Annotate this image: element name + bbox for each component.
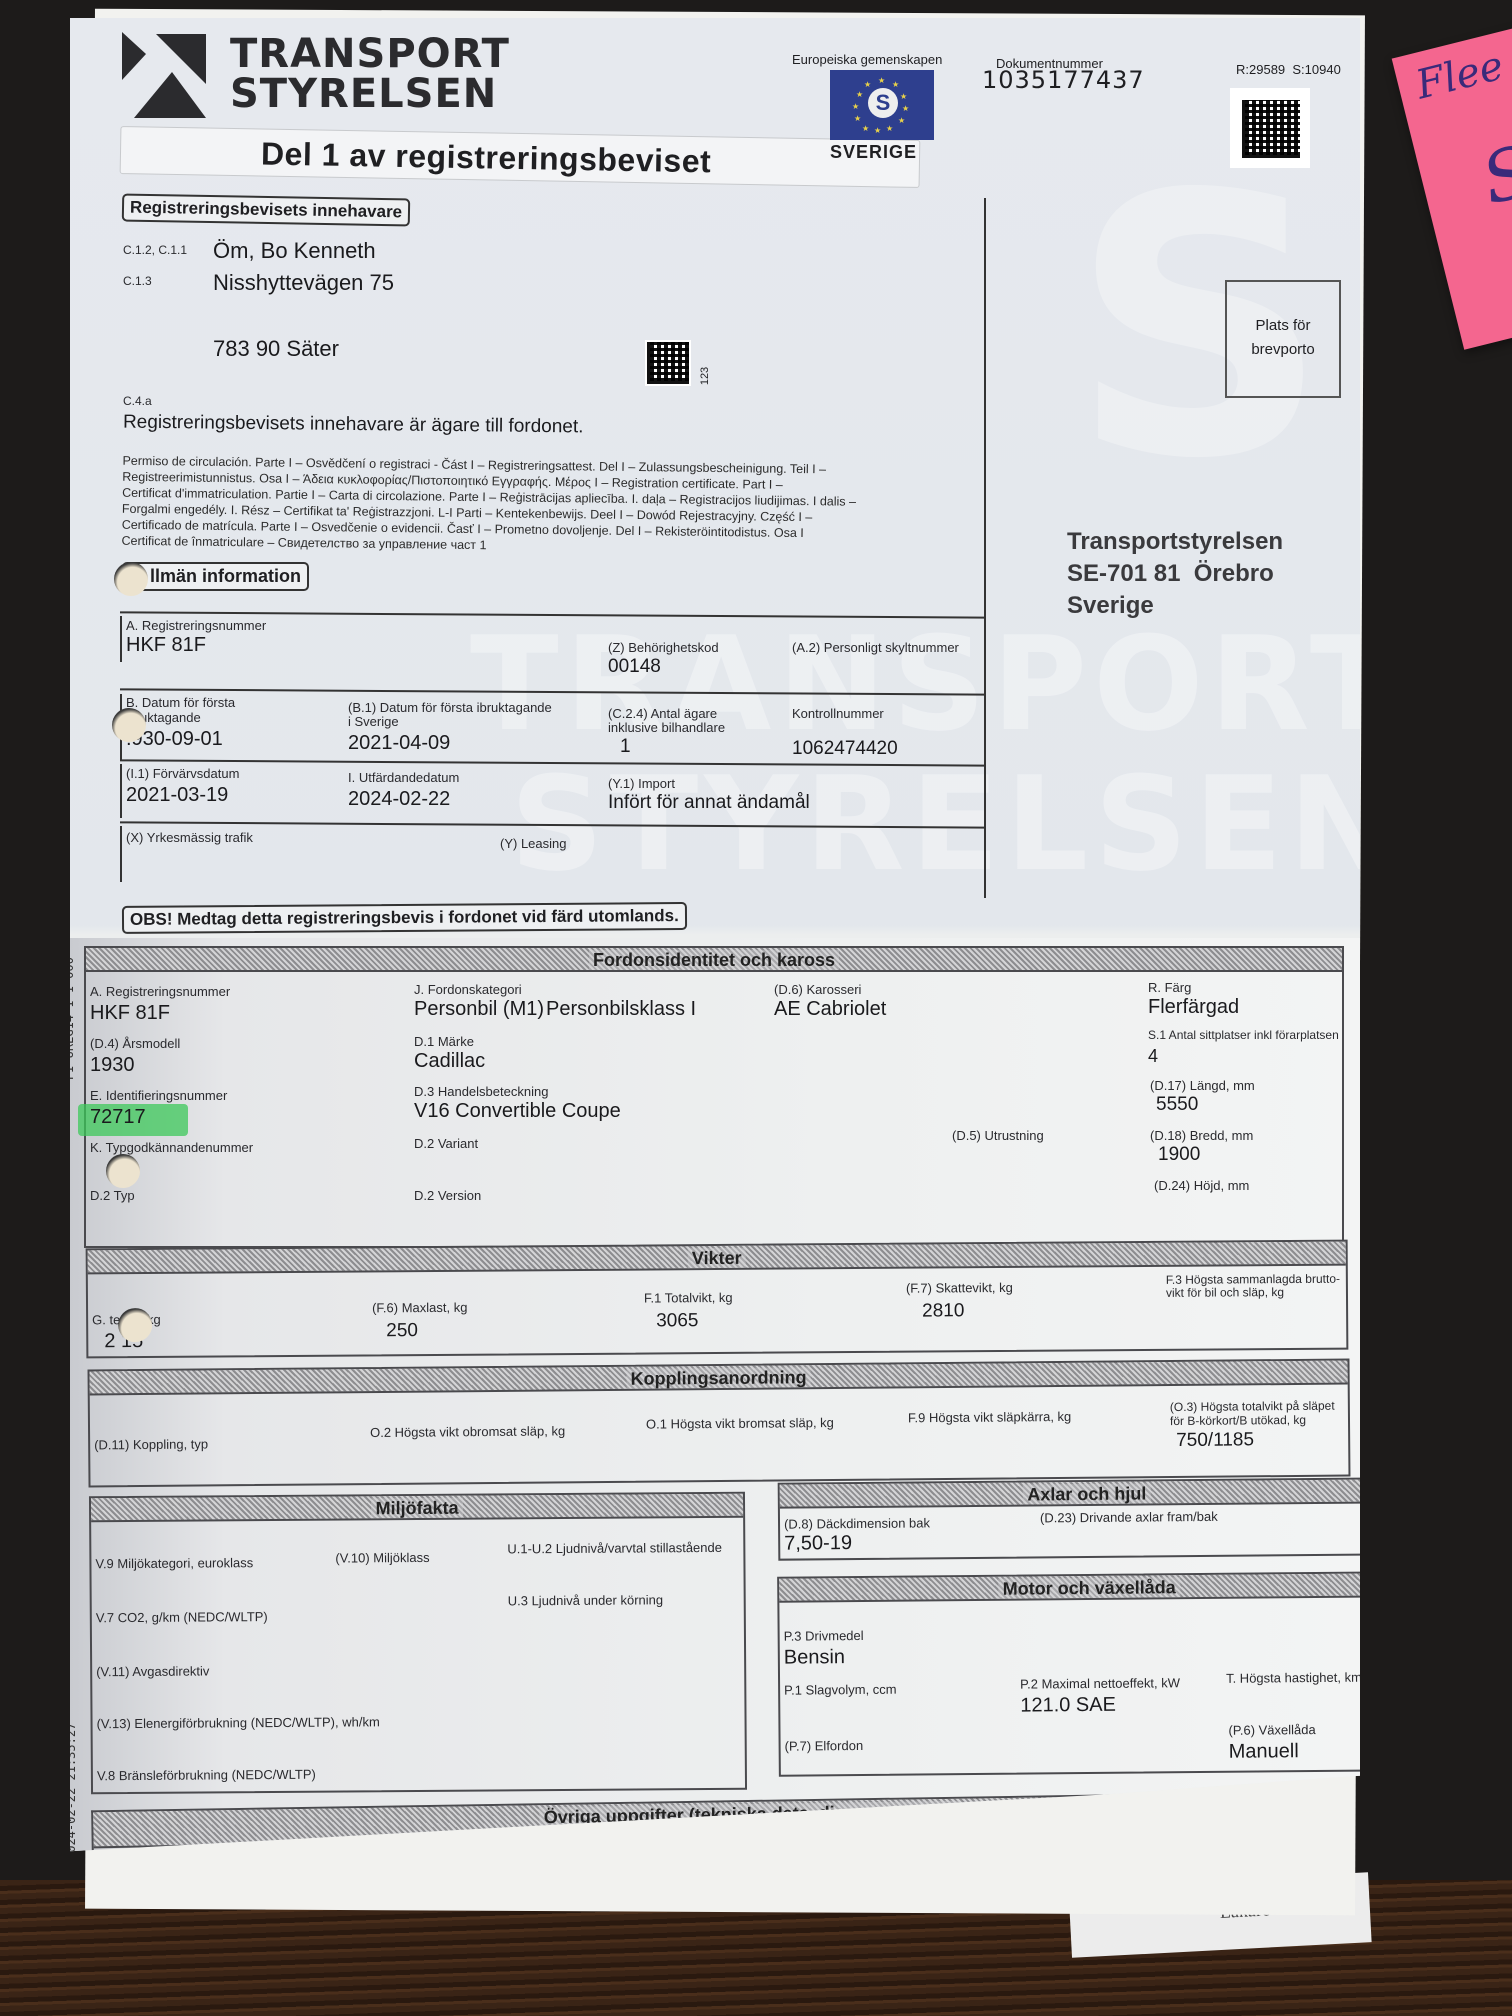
first-use-se-label-2: i Sverige — [348, 714, 399, 729]
seats-label: S.1 Antal sittplatser inkl förarplatsen — [1148, 1028, 1339, 1042]
category-value: Personbil (M1) — [414, 998, 544, 1021]
weights-section: Vikter G. tevikt, kg 2 15 (F.6) Maxlast,… — [86, 1240, 1349, 1359]
vin-label: E. Identifieringsnummer — [90, 1088, 227, 1103]
fuel-label: P.3 Drivmedel — [784, 1628, 864, 1644]
axles-header: Axlar och hjul — [780, 1479, 1394, 1508]
electric-consumption-label: (V.13) Elenergiförbrukning (NEDC/WLTP), … — [97, 1714, 380, 1731]
eu-flag-icon: ★★ ★★ ★★ ★★ ★★ ★★ S — [830, 70, 934, 140]
power-label: P.2 Maximal nettoeffekt, kW — [1020, 1675, 1180, 1691]
section-title: Miljöfakta — [371, 1498, 462, 1519]
maxload-label: (F.6) Maxlast, kg — [372, 1300, 467, 1316]
holder-section-label: Registreringsbevisets innehavare — [122, 193, 411, 226]
type-label: D.2 Typ — [90, 1188, 135, 1203]
datamatrix-code — [1230, 88, 1310, 168]
width-label: (D.18) Bredd, mm — [1150, 1128, 1253, 1143]
section-title: Motor och växellåda — [999, 1577, 1180, 1599]
postage-box: Plats för brevporto — [1225, 280, 1341, 398]
body-label: (D.6) Karosseri — [774, 982, 861, 997]
first-use-label-2: uktagande — [140, 710, 201, 725]
owner-statement: Registreringsbevisets innehavare är ägar… — [123, 412, 584, 439]
small-datamatrix-code — [645, 340, 691, 386]
total-weight-label: F.1 Totalvikt, kg — [644, 1290, 733, 1306]
section-title: Axlar och hjul — [1023, 1483, 1150, 1504]
issued-value: 2024-02-22 — [348, 788, 450, 811]
category-label: J. Fordonskategori — [414, 982, 522, 997]
trailer-b-value: 750/1185 — [1176, 1429, 1254, 1452]
control-number-label: Kontrollnummer — [792, 706, 884, 721]
gearbox-label: (P.6) Växellåda — [1228, 1722, 1315, 1738]
cart-weight-label: F.9 Högsta vikt släpkärra, kg — [908, 1409, 1071, 1425]
axles-section: Axlar och hjul (D.8) Däckdimension bak 7… — [778, 1477, 1397, 1560]
exhaust-directive-label: (V.11) Avgasdirektiv — [96, 1663, 209, 1679]
model-year-value: 1930 — [90, 1054, 135, 1077]
multilingual-titles: Permiso de circulación. Parte I – Osvědč… — [121, 453, 982, 559]
general-section-label: llmän information — [122, 562, 309, 591]
section-title: Vikter — [688, 1248, 746, 1268]
driven-axles-label: (D.23) Drivande axlar fram/bak — [1040, 1509, 1218, 1526]
noise-stationary-label: U.1-U.2 Ljudnivå/varvtal stillastående — [507, 1540, 722, 1556]
displacement-label: P.1 Slagvolym, ccm — [784, 1682, 897, 1698]
tyre-dimension-value: 7,50-19 — [784, 1532, 852, 1556]
braked-trailer-label: O.1 Högsta vikt bromsat släp, kg — [646, 1415, 834, 1432]
punch-hole — [114, 562, 148, 596]
euro-class-label: V.9 Miljökategori, euroklass — [95, 1555, 253, 1571]
holder-name: Öm, Bo Kenneth — [213, 238, 376, 264]
title-bar: Del 1 av registreringsbeviset — [120, 126, 921, 188]
eu-label: Europeiska gemenskapen — [792, 52, 942, 67]
make-value: Cadillac — [414, 1050, 485, 1073]
length-value: 5550 — [1156, 1094, 1198, 1116]
seats-value: 4 — [1148, 1046, 1158, 1067]
tax-weight-value: 2810 — [922, 1300, 964, 1322]
section-title: Fordonsidentitet och kaross — [589, 950, 839, 970]
agency-logo-text: TRANSPORT STYRELSEN — [230, 34, 510, 114]
vehicle-reg-label: A. Registreringsnummer — [90, 984, 230, 999]
control-number-value: 1062474420 — [792, 738, 898, 760]
watermark-transport: TRANSPORT — [470, 608, 1405, 760]
noise-driving-label: U.3 Ljudnivå under körning — [508, 1592, 663, 1608]
vehicle-reg-value: HKF 81F — [90, 1002, 170, 1025]
general-reg-value: HKF 81F — [126, 634, 206, 657]
postage-line-1: Plats för — [1255, 317, 1310, 334]
body-value: AE Cabriolet — [774, 998, 886, 1021]
weights-header: Vikter — [88, 1242, 1346, 1275]
total-weight-value: 3065 — [656, 1310, 698, 1332]
small-code-label: 123 — [699, 367, 711, 385]
color-label: R. Färg — [1148, 980, 1191, 995]
eu-country-code: S — [868, 88, 898, 118]
first-use-se-label: (B.1) Datum för första ibruktagande — [348, 700, 552, 715]
holder-postal-city: 783 90 Säter — [213, 336, 339, 362]
acquired-value: 2021-03-19 — [126, 784, 228, 807]
owners-value: 1 — [620, 736, 631, 758]
first-use-se-value: 2021-04-09 — [348, 732, 450, 755]
sender-line-1: Transportstyrelsen — [1067, 526, 1283, 558]
print-timestamp: 2024-02-22 21:35:27 — [64, 1723, 78, 1860]
document-number: 1035177437 — [982, 66, 1145, 94]
leasing-label: (Y) Leasing — [500, 836, 566, 851]
trade-name-value: V16 Convertible Coupe — [414, 1100, 621, 1123]
issued-label: I. Utfärdandedatum — [348, 770, 459, 785]
registration-certificate: TRANSPORT STYRELSEN S TRANSPORT STYRELSE… — [70, 18, 1360, 1908]
environment-header: Miljöfakta — [91, 1494, 743, 1523]
transportstyrelsen-logo-icon — [122, 32, 208, 122]
acquired-label: (I.1) Förvärvsdatum — [126, 766, 239, 781]
type-approval-label: K. Typgodkännandenummer — [90, 1140, 253, 1155]
print-reference: R:29589 S:10940 — [1236, 62, 1341, 77]
unbraked-trailer-label: O.2 Högsta vikt obromsat släp, kg — [370, 1423, 565, 1440]
logo-line-2: STYRELSEN — [230, 74, 510, 114]
holder-name-code: C.1.2, C.1.1 — [123, 243, 187, 257]
personal-plate-label: (A.2) Personligt skyltnummer — [792, 640, 959, 655]
tax-weight-label: (F.7) Skattevikt, kg — [906, 1280, 1013, 1296]
section-title: Kopplingsanordning — [627, 1367, 811, 1389]
env-class-label: (V.10) Miljöklass — [335, 1550, 429, 1566]
punch-hole — [112, 708, 146, 742]
general-reg-label: A. Registreringsnummer — [126, 618, 266, 633]
engine-header: Motor och växellåda — [779, 1573, 1399, 1602]
document-title: Del 1 av registreringsbeviset — [261, 135, 712, 180]
variant-label: D.2 Variant — [414, 1136, 478, 1151]
punch-hole — [106, 1154, 140, 1188]
vehicle-identity-section: Fordonsidentitet och kaross A. Registrer… — [84, 946, 1344, 1248]
commercial-traffic-label: (X) Yrkesmässig trafik — [126, 830, 253, 845]
fuel-consumption-label: V.8 Bränsleförbrukning (NEDC/WLTP) — [97, 1767, 316, 1784]
sender-line-2: SE-701 81 Örebro — [1067, 558, 1283, 590]
punch-hole — [118, 1308, 152, 1342]
category-class: Personbilsklass I — [546, 998, 696, 1021]
sticky-note-line-2: S — [1474, 130, 1512, 221]
trailer-b-label: (O.3) Högsta totalvikt på släpet — [1170, 1399, 1335, 1414]
logo-line-1: TRANSPORT — [230, 34, 510, 74]
fuel-value: Bensin — [784, 1646, 845, 1670]
version-label: D.2 Version — [414, 1188, 481, 1203]
postage-line-2: brevporto — [1251, 341, 1314, 358]
coupling-section: Kopplingsanordning (D.11) Koppling, typ … — [88, 1358, 1351, 1487]
travel-abroad-notice: OBS! Medtag detta registreringsbevis i f… — [122, 902, 687, 934]
form-code: PI-UREG14-1-1-000 — [62, 957, 76, 1080]
model-year-label: (D.4) Årsmodell — [90, 1036, 180, 1051]
height-label: (D.24) Höjd, mm — [1154, 1178, 1249, 1193]
eu-country: SVERIGE — [830, 142, 917, 163]
sender-address: Transportstyrelsen SE-701 81 Örebro Sver… — [1067, 526, 1283, 622]
coupling-type-label: (D.11) Koppling, typ — [94, 1436, 208, 1452]
top-speed-label: T. Högsta hastighet, km/h — [1226, 1670, 1373, 1686]
authority-code-label: (Z) Behörighetskod — [608, 640, 719, 655]
sticky-note-line-1: Flee — [1412, 43, 1508, 109]
sender-line-3: Sverige — [1067, 590, 1283, 622]
first-use-label: B. Datum för första — [126, 695, 235, 710]
row-edge — [120, 826, 122, 882]
vehicle-identity-header: Fordonsidentitet och kaross — [86, 948, 1342, 972]
vin-value: 72717 — [90, 1106, 146, 1129]
power-value: 121.0 SAE — [1020, 1694, 1116, 1718]
color-value: Flerfärgad — [1148, 996, 1239, 1019]
length-label: (D.17) Längd, mm — [1150, 1078, 1255, 1093]
row-edge — [120, 616, 122, 662]
owner-code: C.4.a — [123, 394, 152, 408]
maxload-value: 250 — [386, 1320, 418, 1342]
environment-section: Miljöfakta V.9 Miljökategori, euroklass … — [89, 1492, 747, 1795]
owners-label-2: inklusive bilhandlare — [608, 720, 725, 735]
owners-label: (C.2.4) Antal ägare — [608, 706, 717, 721]
holder-address-code: C.1.3 — [123, 274, 152, 288]
make-label: D.1 Märke — [414, 1034, 474, 1049]
combined-weight-label-2: vikt för bil och släp, kg — [1166, 1285, 1284, 1300]
trailer-b-label-2: för B-körkort/B utökad, kg — [1170, 1413, 1306, 1428]
sticky-note: Flee S — [1392, 10, 1512, 349]
co2-label: V.7 CO2, g/km (NEDC/WLTP) — [96, 1609, 268, 1625]
width-value: 1900 — [1158, 1144, 1200, 1166]
electric-vehicle-label: (P.7) Elfordon — [785, 1738, 864, 1754]
equipment-label: (D.5) Utrustning — [952, 1128, 1044, 1143]
fold-divider — [984, 198, 986, 898]
trade-name-label: D.3 Handelsbeteckning — [414, 1084, 548, 1099]
authority-code-value: 00148 — [608, 656, 661, 678]
import-label: (Y.1) Import — [608, 776, 675, 791]
tyre-dimension-label: (D.8) Däckdimension bak — [784, 1515, 930, 1531]
row-edge — [120, 764, 122, 818]
import-value: Infört för annat ändamål — [608, 792, 810, 814]
engine-section: Motor och växellåda P.3 Drivmedel Bensin… — [777, 1571, 1403, 1776]
holder-street: Nisshyttevägen 75 — [213, 270, 394, 296]
gearbox-value: Manuell — [1229, 1740, 1299, 1764]
